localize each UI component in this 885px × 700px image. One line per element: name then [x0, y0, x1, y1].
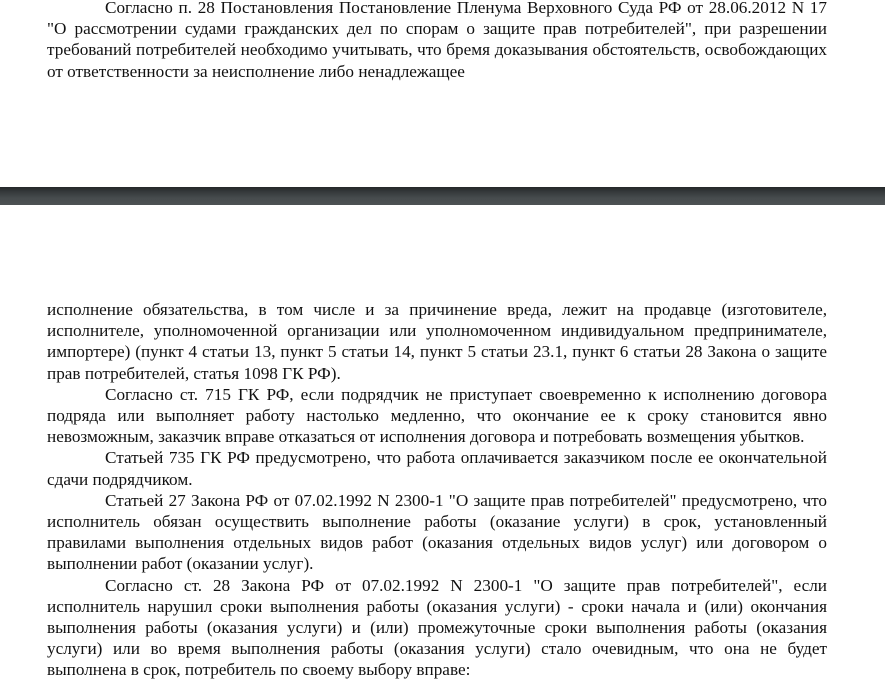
paragraph-article-28-consumer-law: Согласно ст. 28 Закона РФ от 07.02.1992 … — [47, 575, 827, 681]
document-page-top: Согласно п. 28 Постановления Постановлен… — [0, 0, 885, 187]
page-break-separator — [0, 187, 885, 205]
page-top-text: Согласно п. 28 Постановления Постановлен… — [47, 0, 827, 82]
paragraph-article-715: Согласно ст. 715 ГК РФ, если подрядчик н… — [47, 384, 827, 448]
paragraph-continuation-burden-of-proof: исполнение обязательства, в том числе и … — [47, 299, 827, 384]
paragraph-article-27-consumer-law: Статьей 27 Закона РФ от 07.02.1992 N 230… — [47, 490, 827, 575]
paragraph-article-735: Статьей 735 ГК РФ предусмотрено, что раб… — [47, 447, 827, 489]
document-page-bottom: исполнение обязательства, в том числе и … — [0, 205, 885, 700]
page-bottom-text: исполнение обязательства, в том числе и … — [47, 299, 827, 681]
paragraph-plenum-resolution: Согласно п. 28 Постановления Постановлен… — [47, 0, 827, 82]
